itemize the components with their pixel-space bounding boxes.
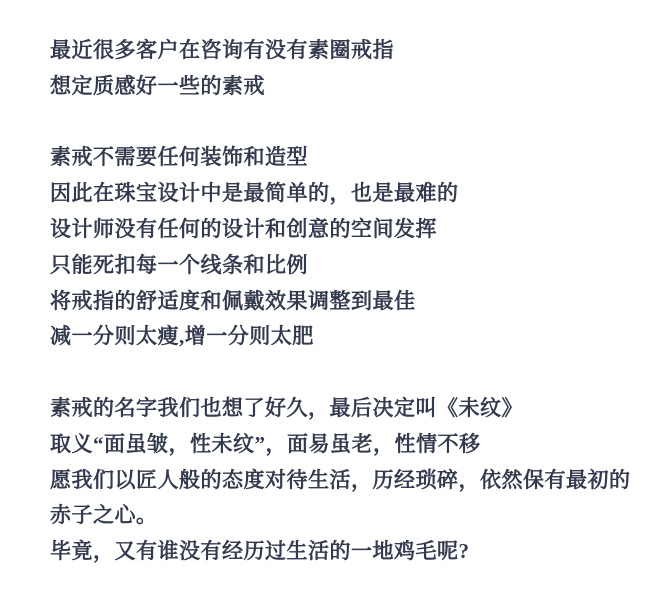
text-line: 素戒的名字我们也想了好久，最后决定叫《未纹》 bbox=[50, 391, 642, 427]
text-line: 愿我们以匠人般的态度对待生活，历经琐碎，依然保有最初的 bbox=[50, 463, 642, 499]
paragraph: 最近很多客户在咨询有没有素圈戒指 想定质感好一些的素戒 bbox=[50, 33, 642, 105]
text-line: 最近很多客户在咨询有没有素圈戒指 bbox=[50, 33, 642, 69]
text-line: 取义“面虽皱，性未纹”，面易虽老，性情不移 bbox=[50, 427, 642, 463]
text-line: 将戒指的舒适度和佩戴效果调整到最佳 bbox=[50, 284, 642, 320]
text-line: 素戒不需要任何装饰和造型 bbox=[50, 140, 642, 176]
text-line: 想定质感好一些的素戒 bbox=[50, 69, 642, 105]
page: 最近很多客户在咨询有没有素圈戒指 想定质感好一些的素戒 素戒不需要任何装饰和造型… bbox=[0, 0, 672, 598]
text-line: 只能死扣每一个线条和比例 bbox=[50, 248, 642, 284]
text-line: 因此在珠宝设计中是最简单的，也是最难的 bbox=[50, 176, 642, 212]
text-line: 减一分则太瘦,增一分则太肥 bbox=[50, 319, 642, 355]
paragraph: 素戒不需要任何装饰和造型 因此在珠宝设计中是最简单的，也是最难的 设计师没有任何… bbox=[50, 140, 642, 355]
article-text: 最近很多客户在咨询有没有素圈戒指 想定质感好一些的素戒 素戒不需要任何装饰和造型… bbox=[50, 33, 642, 570]
text-line: 设计师没有任何的设计和创意的空间发挥 bbox=[50, 212, 642, 248]
paragraph: 素戒的名字我们也想了好久，最后决定叫《未纹》 取义“面虽皱，性未纹”，面易虽老，… bbox=[50, 391, 642, 570]
text-line: 毕竟，又有谁没有经历过生活的一地鸡毛呢? bbox=[50, 534, 642, 570]
text-line: 赤子之心。 bbox=[50, 498, 642, 534]
